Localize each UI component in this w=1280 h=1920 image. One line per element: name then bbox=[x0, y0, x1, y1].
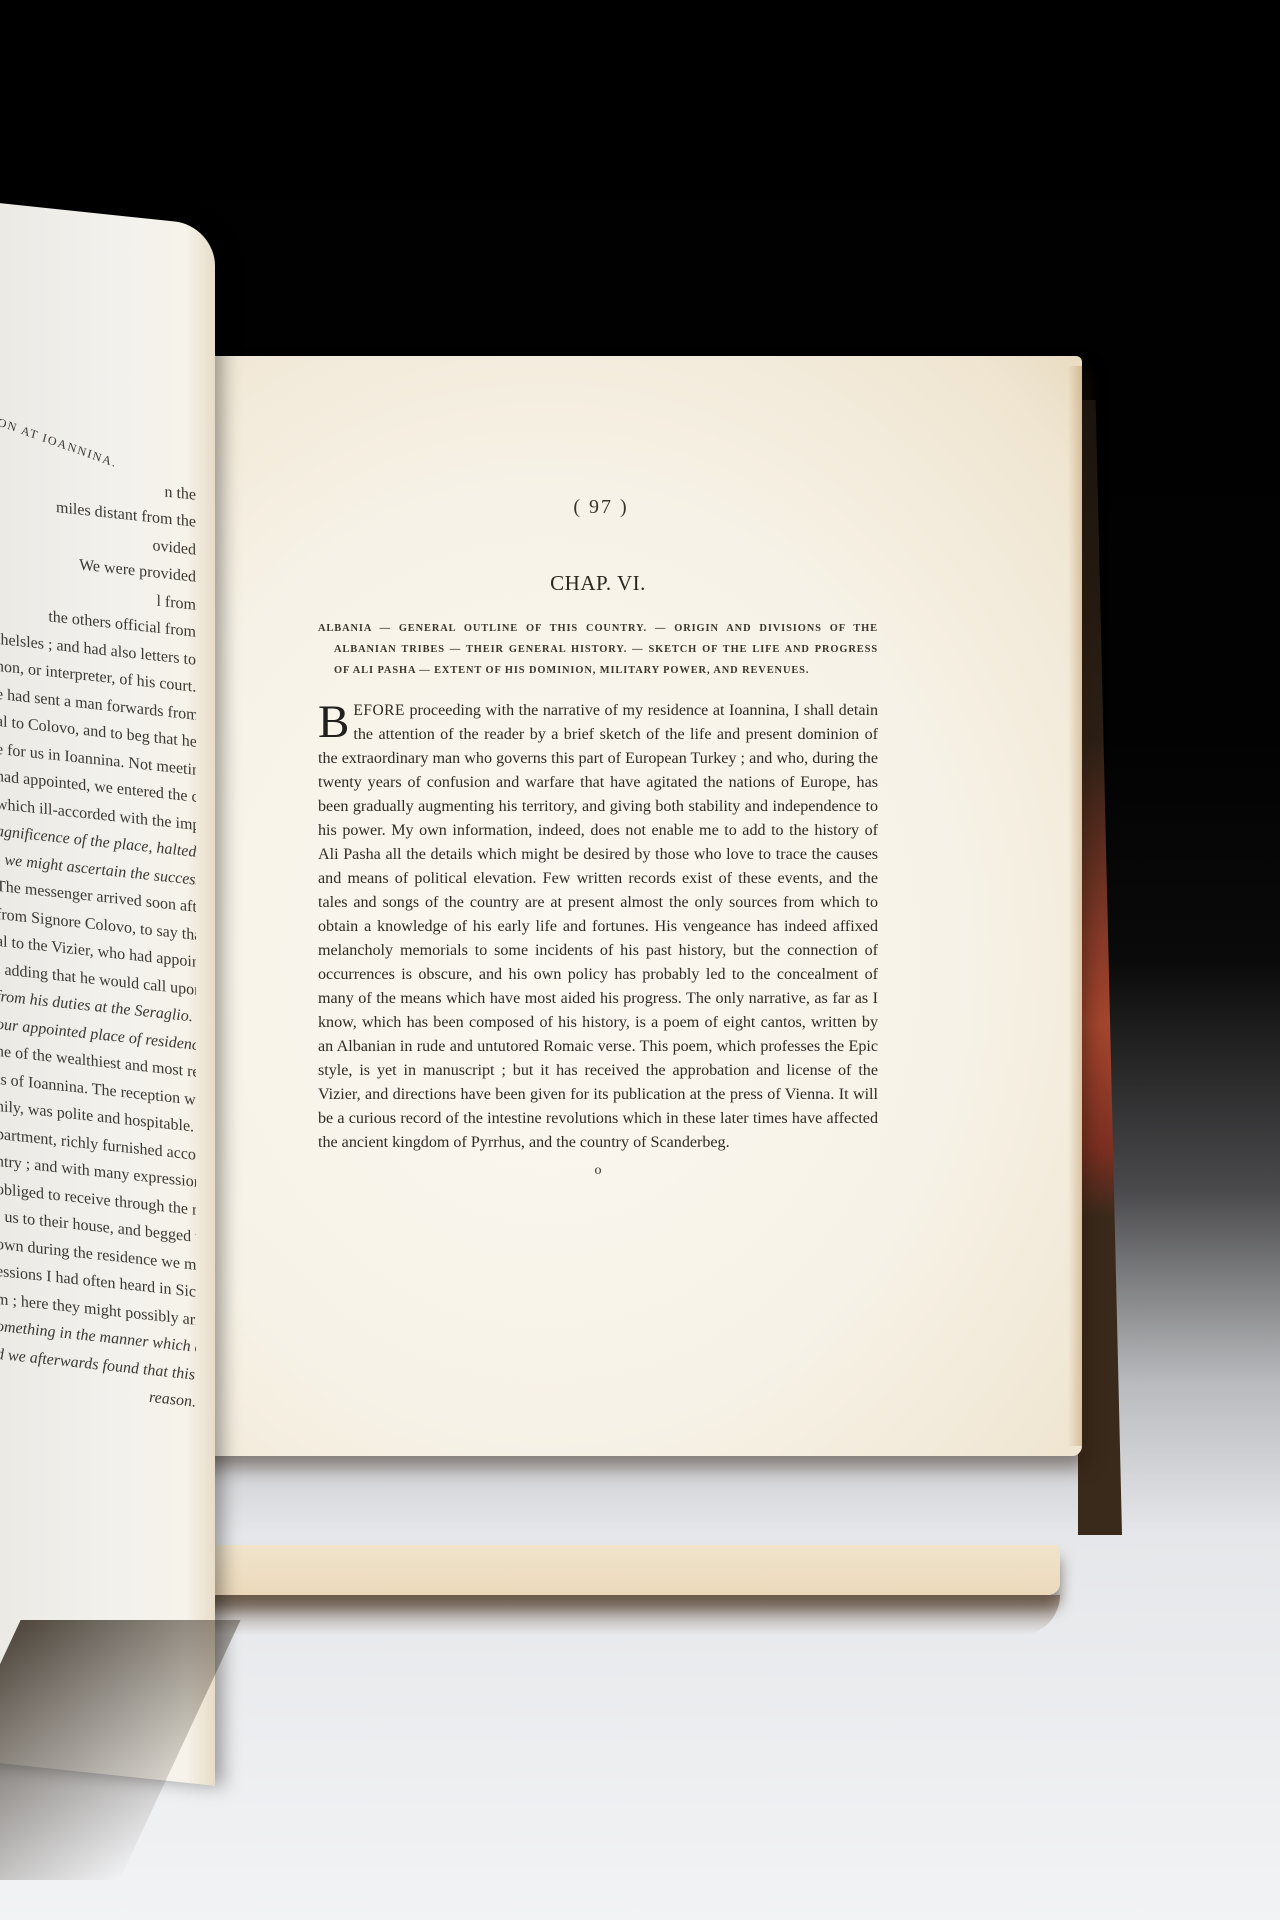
drop-cap: B bbox=[318, 702, 349, 742]
book-cover-marbled-board bbox=[1078, 400, 1122, 1535]
book-shadow bbox=[180, 1595, 1060, 1635]
book-photo: ( 97 ) CHAP. VI. ALBANIA — GENERAL OUTLI… bbox=[0, 0, 1280, 1920]
signature-mark: o bbox=[318, 1163, 878, 1179]
opening-word: EFORE bbox=[353, 702, 405, 719]
chapter-summary: ALBANIA — GENERAL OUTLINE OF THIS COUNTR… bbox=[318, 618, 878, 681]
chapter-heading: CHAP. VI. bbox=[318, 571, 878, 596]
body-paragraph: proceeding with the narrative of my resi… bbox=[318, 702, 878, 1151]
left-page-text: PTION AT IOANNINA. n the miles distant f… bbox=[0, 403, 196, 1417]
chapter-body: BEFORE proceeding with the narrative of … bbox=[318, 699, 878, 1155]
left-page: PTION AT IOANNINA. n the miles distant f… bbox=[0, 200, 215, 1786]
page-number: ( 97 ) bbox=[324, 496, 878, 519]
right-page-text: ( 97 ) CHAP. VI. ALBANIA — GENERAL OUTLI… bbox=[318, 496, 878, 1179]
page-deckled-bottom-edge bbox=[190, 1545, 1060, 1595]
